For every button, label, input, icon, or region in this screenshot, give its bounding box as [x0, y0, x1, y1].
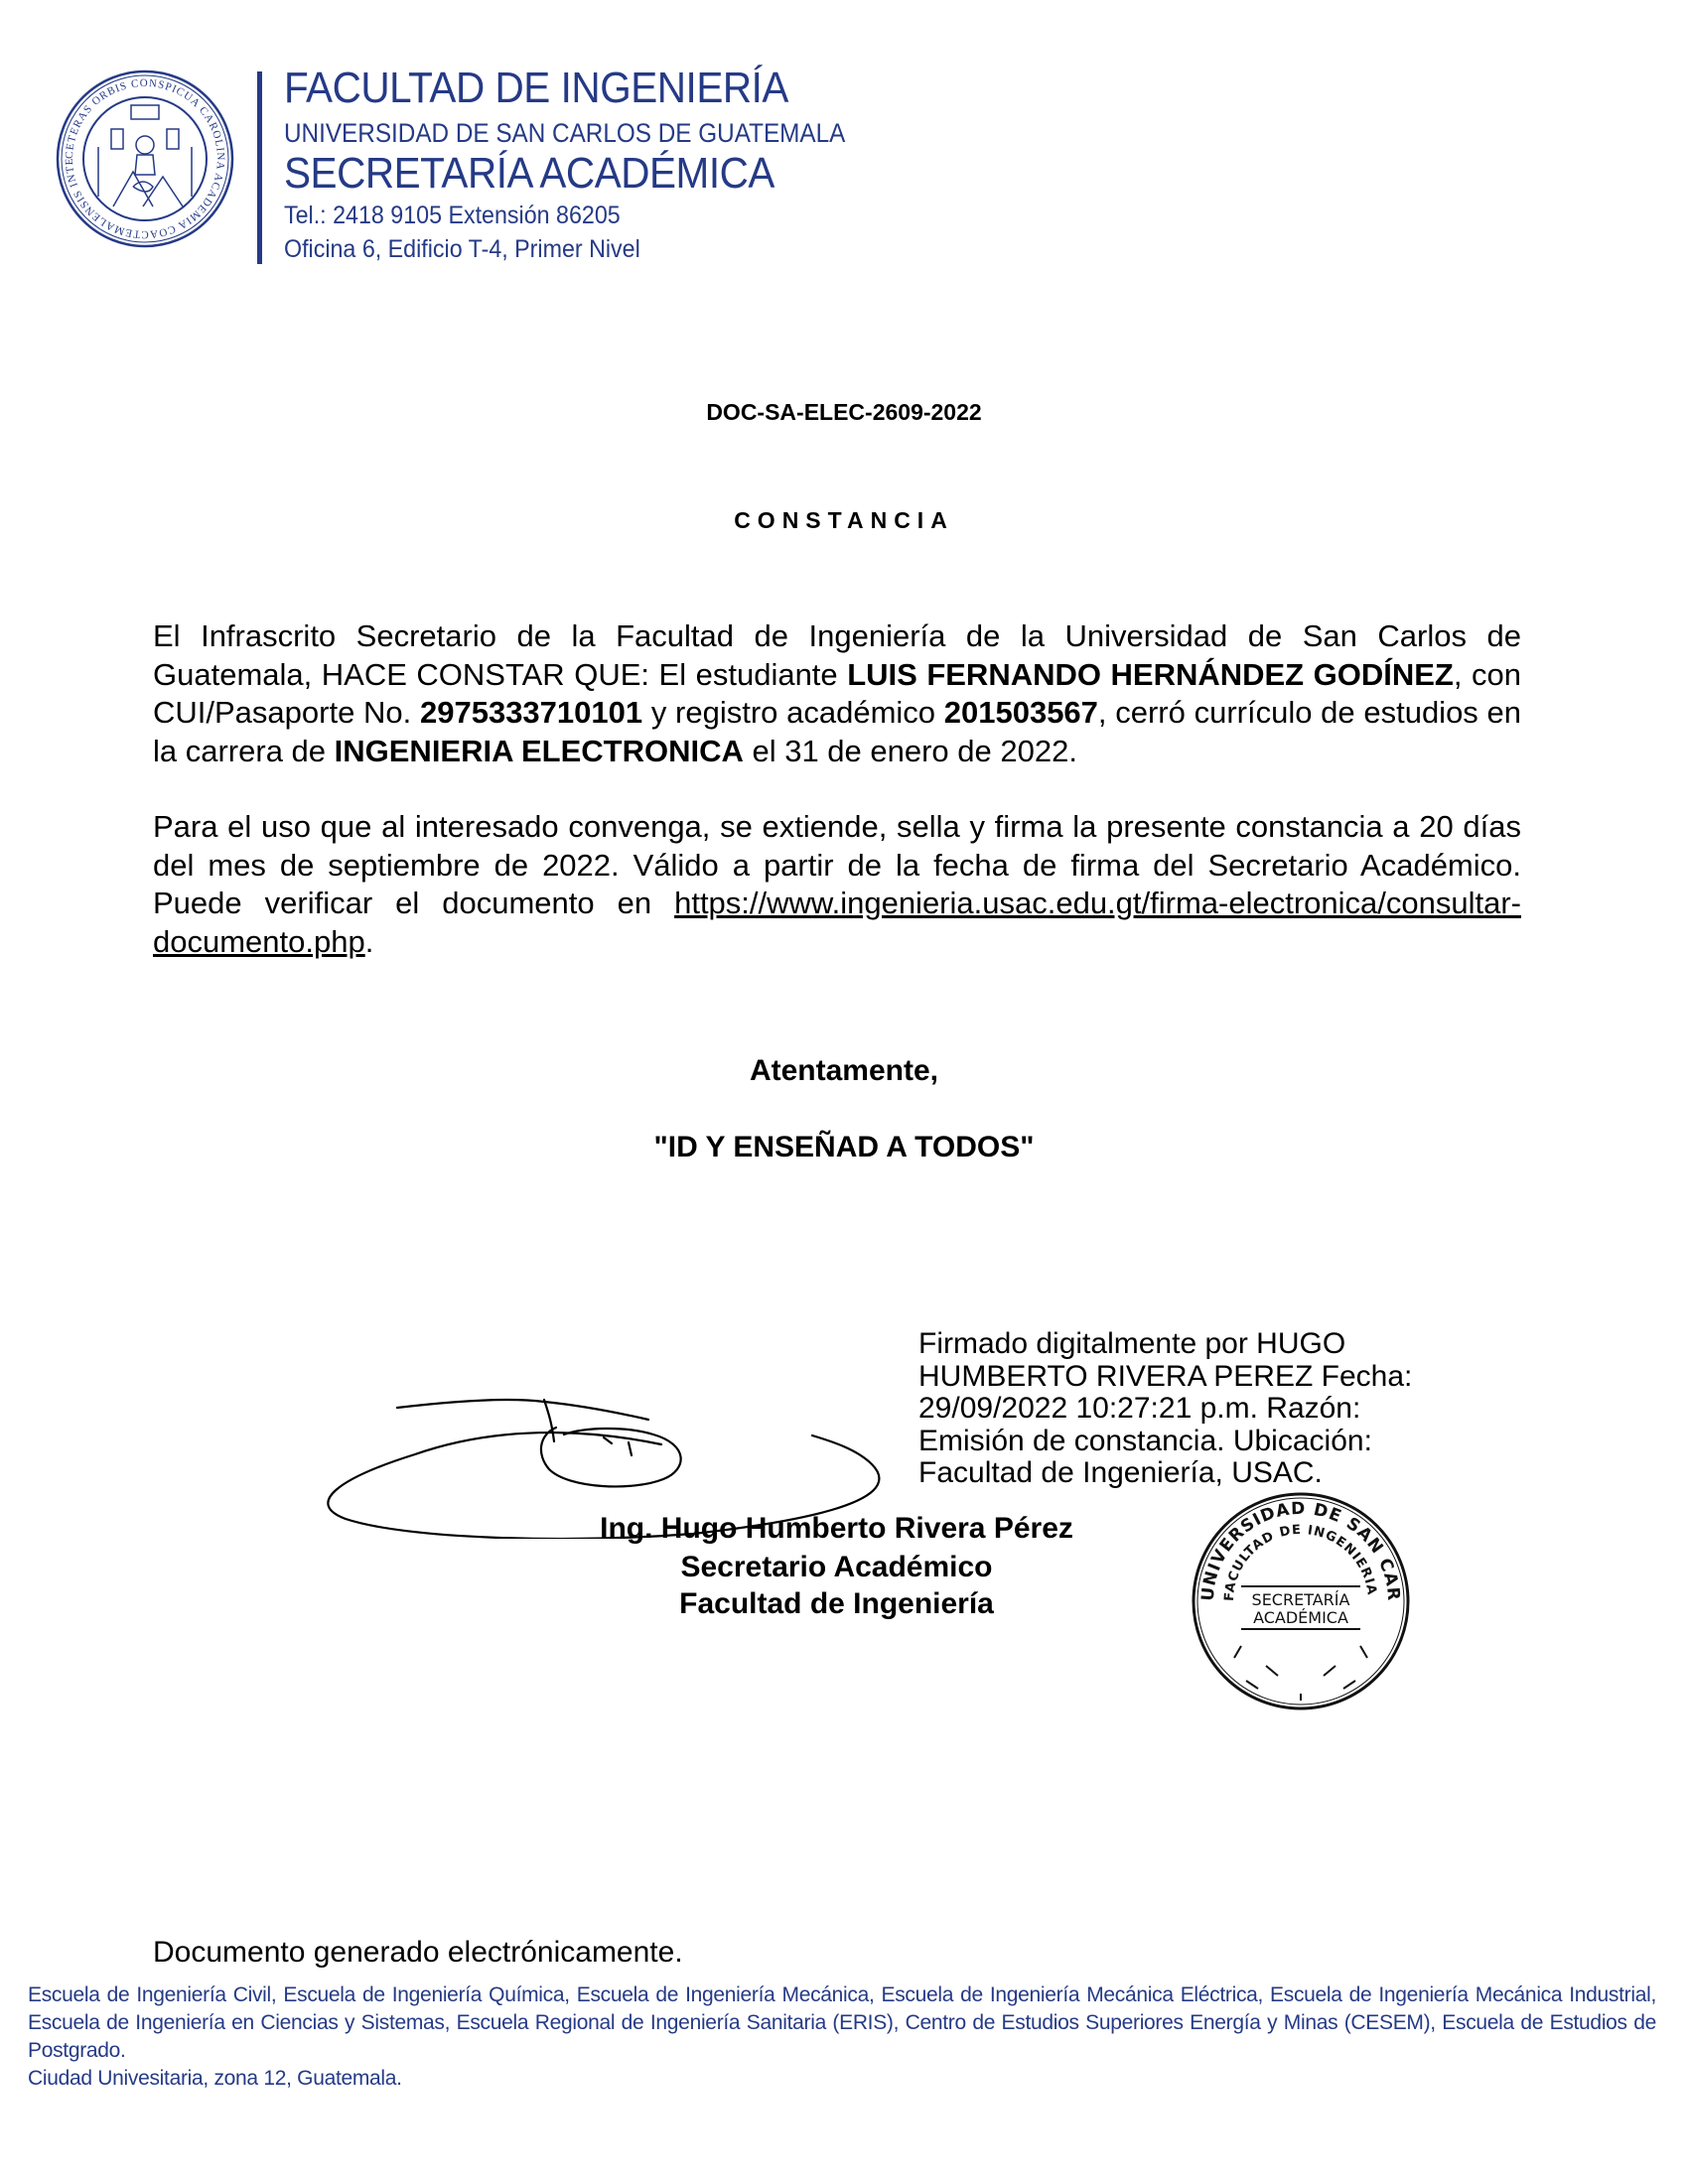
office-name: SECRETARÍA ACADÉMICA [284, 149, 774, 199]
university-seal-icon: CETERAS ORBIS CONSPICUA CAROLINA ACADEMI… [54, 68, 236, 250]
document-number: DOC-SA-ELEC-2609-2022 [0, 399, 1688, 426]
certification-paragraph: El Infrascrito Secretario de la Facultad… [153, 617, 1521, 770]
cui-number: 2975333710101 [420, 695, 642, 730]
signature-line: Emisión de constancia. Ubicación: [918, 1426, 1412, 1458]
career-name: INGENIERIA ELECTRONICA [335, 734, 744, 768]
signature-line: Firmado digitalmente por HUGO [918, 1328, 1412, 1361]
signature-line: Facultad de Ingeniería, USAC. [918, 1457, 1412, 1490]
text: . [365, 924, 374, 959]
validity-paragraph: Para el uso que al interesado convenga, … [153, 808, 1521, 961]
university-name: UNIVERSIDAD DE SAN CARLOS DE GUATEMALA [284, 118, 845, 149]
svg-text:CETERAS ORBIS CONSPICUA CAROLI: CETERAS ORBIS CONSPICUA CAROLINA ACADEMI… [54, 68, 226, 240]
signer-department: Facultad de Ingeniería [0, 1587, 1673, 1621]
office-location: Oficina 6, Edificio T-4, Primer Nivel [284, 235, 640, 264]
page-footer: Escuela de Ingeniería Civil, Escuela de … [28, 1981, 1656, 2093]
signature-line: HUMBERTO RIVERA PEREZ Fecha: [918, 1361, 1412, 1394]
text: el 31 de enero de 2022. [744, 734, 1077, 768]
text: y registro académico [642, 695, 944, 730]
signer-name: Ing. Hugo Humberto Rivera Pérez [0, 1512, 1673, 1546]
document-title: CONSTANCIA [0, 507, 1688, 534]
academic-registration: 201503567 [944, 695, 1098, 730]
university-motto: "ID Y ENSEÑAD A TODOS" [0, 1131, 1688, 1164]
digital-signature-info: Firmado digitalmente por HUGO HUMBERTO R… [918, 1328, 1412, 1490]
office-phone: Tel.: 2418 9105 Extensión 86205 [284, 202, 621, 230]
header-divider [257, 71, 262, 264]
footer-schools: Escuela de Ingeniería Civil, Escuela de … [28, 1981, 1656, 2065]
signature-line: 29/09/2022 10:27:21 p.m. Razón: [918, 1393, 1412, 1426]
closing-salutation: Atentamente, [0, 1054, 1688, 1088]
signer-role: Secretario Académico [0, 1551, 1673, 1584]
student-name: LUIS FERNANDO HERNÁNDEZ GODÍNEZ [847, 657, 1454, 692]
footer-address: Ciudad Univesitaria, zona 12, Guatemala. [28, 2065, 1656, 2093]
generated-note: Documento generado electrónicamente. [153, 1936, 683, 1970]
faculty-name: FACULTAD DE INGENIERÍA [284, 64, 788, 113]
